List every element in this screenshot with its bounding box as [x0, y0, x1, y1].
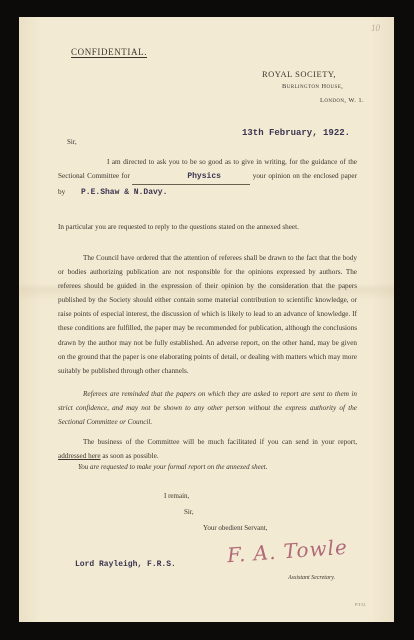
confidential-heading: CONFIDENTIAL. — [71, 47, 147, 57]
paragraph-business: The business of the Committee will be mu… — [58, 435, 357, 463]
signature: F. A. Towle — [226, 535, 348, 567]
committee-field: Physics — [132, 169, 250, 185]
addressee: Lord Rayleigh, F.R.S. — [75, 560, 176, 569]
paragraph-annexed: In particular you are requested to reply… — [58, 220, 357, 234]
paragraph-formal-report: You are requested to make your formal re… — [78, 463, 268, 471]
salutation: Sir, — [67, 138, 77, 146]
closing-line-3: Your obedient Servant, — [203, 524, 267, 532]
business-lead: The business of the Committee will be mu… — [83, 438, 357, 446]
letter-date: 13th February, 1922. — [242, 128, 350, 138]
letterhead-address-1: Burlington House, — [282, 83, 343, 90]
letterhead-org: ROYAL SOCIETY, — [262, 69, 336, 79]
pto-mark: P.T.O. — [355, 602, 366, 607]
letter-page: 10 CONFIDENTIAL. ROYAL SOCIETY, Burlingt… — [19, 17, 394, 622]
business-tail: as soon as possible. — [102, 452, 158, 460]
authors-value: P.E.Shaw & N.Davy. — [67, 188, 167, 197]
committee-value: Physics — [181, 172, 221, 181]
paragraph-confidence: Referees are reminded that the papers on… — [58, 387, 357, 429]
closing-line-2: Sir, — [184, 508, 194, 516]
letterhead-address-2: London, W. 1. — [320, 97, 364, 104]
paragraph-council: The Council have ordered that the attent… — [58, 251, 357, 378]
page-number: 10 — [371, 23, 380, 33]
paragraph-request: I am directed to ask you to be so good a… — [58, 155, 357, 200]
closing-line-1: I remain, — [164, 492, 189, 500]
signatory-title: Assistant Secretary. — [288, 575, 335, 581]
business-underlined: addressed here — [58, 452, 101, 460]
